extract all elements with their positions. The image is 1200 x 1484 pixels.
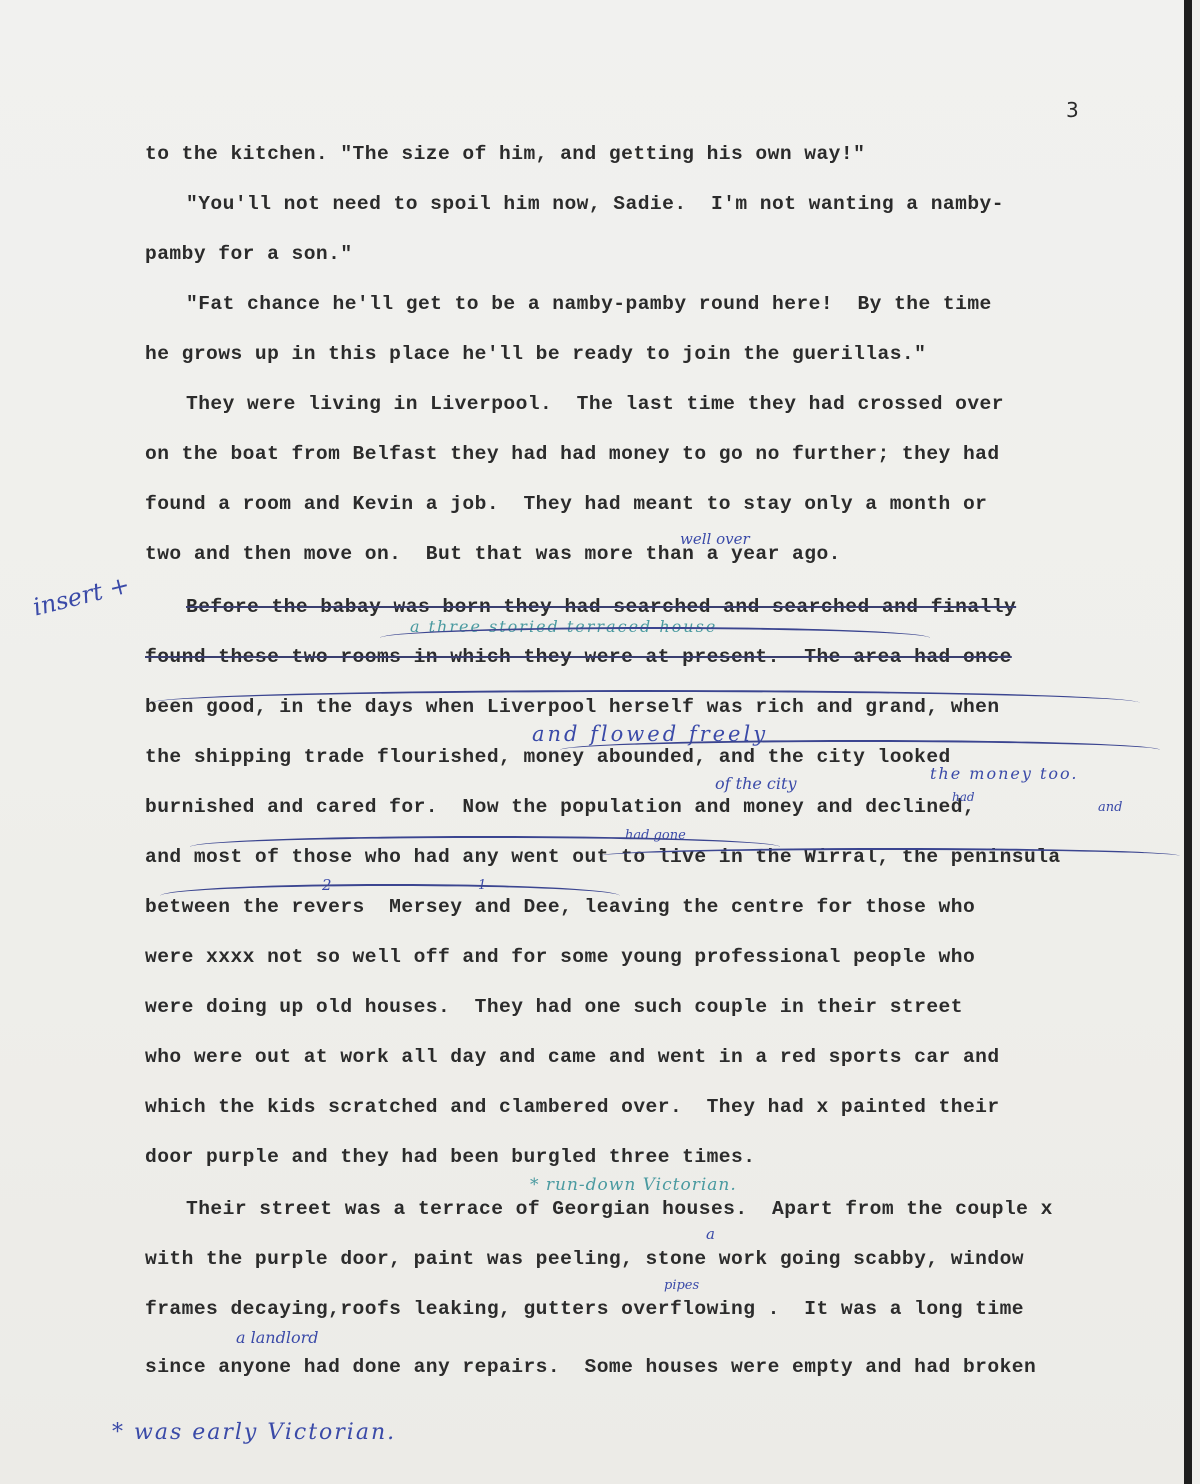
typed-line-text: found these two rooms in which they were… xyxy=(145,646,1012,668)
typed-line: he grows up in this place he'll be ready… xyxy=(145,343,926,365)
typed-line: frames decaying,roofs leaking, gutters o… xyxy=(145,1298,1024,1320)
typed-line-text: Their street was a terrace of Georgian h… xyxy=(186,1198,1053,1220)
footnote-annotation: * was early Victorian. xyxy=(112,1420,396,1445)
pen-stroke xyxy=(560,740,1160,760)
pen-stroke xyxy=(380,627,930,649)
page-edge-shadow xyxy=(1184,0,1192,1484)
typed-line: pamby for a son." xyxy=(145,243,353,265)
page-number: 3 xyxy=(1066,98,1079,122)
pen-stroke xyxy=(600,848,1180,864)
typed-line: with the purple door, paint was peeling,… xyxy=(145,1248,1024,1270)
annotation-of-the-city: of the city xyxy=(715,774,796,793)
annotation-and: and xyxy=(1098,800,1122,815)
typed-line: door purple and they had been burgled th… xyxy=(145,1146,755,1168)
typed-line-text: with the purple door, paint was peeling,… xyxy=(145,1248,1024,1270)
typed-line-text: which the kids scratched and clambered o… xyxy=(145,1096,1000,1118)
typed-line-text: who were out at work all day and came an… xyxy=(145,1046,1000,1068)
typed-line-text: "You'll not need to spoil him now, Sadie… xyxy=(186,193,1004,215)
typed-line: on the boat from Belfast they had had mo… xyxy=(145,443,1000,465)
typed-line-text: he grows up in this place he'll be ready… xyxy=(145,343,926,365)
annotation-a-landlord: a landlord xyxy=(236,1328,318,1347)
typed-line-text: door purple and they had been burgled th… xyxy=(145,1146,755,1168)
typed-line: They were living in Liverpool. The last … xyxy=(186,393,1004,415)
typed-line-text: frames decaying,roofs leaking, gutters o… xyxy=(145,1298,1024,1320)
document-page: 3 to the kitchen. "The size of him, and … xyxy=(0,0,1192,1484)
annotation-well-over: well over xyxy=(680,530,750,548)
typed-line: were doing up old houses. They had one s… xyxy=(145,996,963,1018)
annotation-the-money-too: the money too. xyxy=(930,764,1079,783)
annotation-pipes: pipes xyxy=(664,1278,699,1293)
typed-line-text: were doing up old houses. They had one s… xyxy=(145,996,963,1018)
typed-line: burnished and cared for. Now the populat… xyxy=(145,796,975,818)
insert-annotation: insert + xyxy=(30,570,132,621)
annotation-a: a xyxy=(706,1225,715,1243)
typed-line: Their street was a terrace of Georgian h… xyxy=(186,1198,1053,1220)
typed-line: Before the babay was born they had searc… xyxy=(186,596,1016,618)
typed-line: "Fat chance he'll get to be a namby-pamb… xyxy=(186,293,992,315)
annotation-run-down-victorian: * run-down Victorian. xyxy=(530,1175,737,1195)
typed-line: since anyone had done any repairs. Some … xyxy=(145,1356,1036,1378)
typed-line-text: pamby for a son." xyxy=(145,243,353,265)
typed-line-text: to the kitchen. "The size of him, and ge… xyxy=(145,143,865,165)
pen-stroke xyxy=(150,690,1140,716)
typed-line: found these two rooms in which they were… xyxy=(145,646,1012,668)
typed-line: were xxxx not so well off and for some y… xyxy=(145,946,975,968)
typed-line: which the kids scratched and clambered o… xyxy=(145,1096,1000,1118)
typed-line-text: on the boat from Belfast they had had mo… xyxy=(145,443,1000,465)
typed-line-text: were xxxx not so well off and for some y… xyxy=(145,946,975,968)
typed-line: "You'll not need to spoil him now, Sadie… xyxy=(186,193,1004,215)
typed-line-text: found a room and Kevin a job. They had m… xyxy=(145,493,987,515)
typed-line-text: burnished and cared for. Now the populat… xyxy=(145,796,975,818)
typed-line-text: since anyone had done any repairs. Some … xyxy=(145,1356,1036,1378)
typed-line-text: "Fat chance he'll get to be a namby-pamb… xyxy=(186,293,992,315)
typed-line: to the kitchen. "The size of him, and ge… xyxy=(145,143,865,165)
pen-stroke xyxy=(160,884,620,908)
typed-line-text: Before the babay was born they had searc… xyxy=(186,596,1016,618)
annotation-had: had xyxy=(952,790,975,804)
typed-line: who were out at work all day and came an… xyxy=(145,1046,1000,1068)
typed-line: found a room and Kevin a job. They had m… xyxy=(145,493,987,515)
typed-line-text: They were living in Liverpool. The last … xyxy=(186,393,1004,415)
